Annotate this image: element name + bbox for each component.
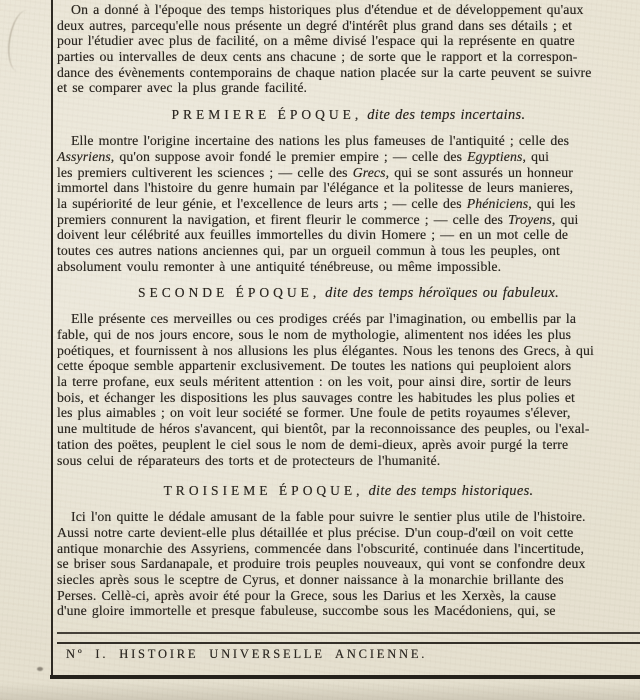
caption-rule-top-outer bbox=[57, 632, 640, 634]
epoch-heading: PREMIERE ÉPOQUE, dite des temps incertai… bbox=[57, 105, 640, 125]
text-segment: pour l'étudier avec plus de facilité, on… bbox=[57, 33, 575, 48]
text-segment: , qui bbox=[552, 212, 579, 227]
epoch-heading: TROISIEME ÉPOQUE, dite des temps histori… bbox=[57, 481, 640, 501]
text-segment: la terre profane, eux seuls méritent att… bbox=[57, 374, 571, 389]
text-line: pour l'étudier avec plus de facilité, on… bbox=[57, 33, 640, 49]
body-paragraph: On a donné à l'époque des temps historiq… bbox=[57, 2, 640, 96]
text-line: Assyriens, qu'on suppose avoir fondé le … bbox=[57, 149, 640, 165]
text-segment: cette époque semble appartenir exclusive… bbox=[57, 358, 571, 373]
heading-subtitle: dite des temps incertains. bbox=[362, 107, 525, 123]
text-line: tation des poëtes, peuplent le ciel sous… bbox=[57, 437, 640, 453]
text-segment: tation des poëtes, peuplent le ciel sous… bbox=[57, 437, 568, 452]
text-segment: doivent leur célébrité aux feuilles immo… bbox=[57, 227, 568, 242]
text-line: poétiques, et fournissent à nos allusion… bbox=[57, 343, 640, 359]
heading-epoch-name: SECONDE ÉPOQUE, bbox=[138, 285, 320, 300]
text-segment: sous celui de réparateurs des torts et d… bbox=[57, 453, 440, 468]
heading-epoch-name: PREMIERE ÉPOQUE, bbox=[172, 107, 363, 122]
heading-subtitle: dite des temps héroïques ou fabuleux. bbox=[320, 285, 559, 301]
text-segment: fable, qui de nos jours encore, sous le … bbox=[57, 327, 571, 342]
text-line: absolument voulu remonter à une antiquit… bbox=[57, 259, 640, 275]
text-segment: et se comparer avec la plus grande facil… bbox=[57, 80, 307, 95]
text-line: sous celui de réparateurs des torts et d… bbox=[57, 453, 640, 469]
page-content: On a donné à l'époque des temps historiq… bbox=[57, 0, 640, 619]
text-line: se briser sous Sardanapale, et produire … bbox=[57, 556, 640, 572]
text-line: cette époque semble appartenir exclusive… bbox=[57, 358, 640, 374]
text-segment: siecles après sous le sceptre de Cyrus, … bbox=[57, 572, 564, 587]
italic-name: Phéniciens bbox=[467, 196, 529, 211]
text-segment: premiers connurent la navigation, et fir… bbox=[57, 212, 508, 227]
text-segment: On a donné à l'époque des temps historiq… bbox=[71, 2, 583, 17]
italic-name: Egyptiens bbox=[467, 149, 522, 164]
text-blocks: On a donné à l'époque des temps historiq… bbox=[57, 2, 640, 619]
text-segment: d'une gloire immortelle et presque fabul… bbox=[57, 603, 556, 618]
body-paragraph: Ici l'on quitte le dédale amusant de la … bbox=[57, 509, 640, 619]
text-line: bois, et échanger les dispositions les p… bbox=[57, 390, 640, 406]
text-segment: immortel dans l'histoire du genre humain… bbox=[57, 180, 573, 195]
text-line: toutes ces autres nations anciennes qui,… bbox=[57, 243, 640, 259]
text-segment: Elle présente ces merveilles ou ces prod… bbox=[71, 311, 576, 326]
text-segment: dance des évènements contemporains de ch… bbox=[57, 65, 591, 80]
text-segment: Ici l'on quitte le dédale amusant de la … bbox=[71, 509, 586, 524]
text-segment: se briser sous Sardanapale, et produire … bbox=[57, 556, 586, 571]
text-line: parties ou intervalles de deux cents ans… bbox=[57, 49, 640, 65]
body-paragraph: Elle montre l'origine incertaine des nat… bbox=[57, 133, 640, 274]
text-line: immortel dans l'histoire du genre humain… bbox=[57, 180, 640, 196]
text-segment: , qui bbox=[522, 149, 549, 164]
text-line: doivent leur célébrité aux feuilles immo… bbox=[57, 227, 640, 243]
text-line: et se comparer avec la plus grande facil… bbox=[57, 80, 640, 96]
ink-spot bbox=[37, 667, 43, 671]
text-segment: poétiques, et fournissent à nos allusion… bbox=[57, 343, 594, 358]
heading-subtitle: dite des temps historiques. bbox=[364, 483, 534, 499]
text-line: antique monarchie des Assyriens, commenc… bbox=[57, 541, 640, 557]
text-segment: Perses. Cellè-ci, après avoir été pour l… bbox=[57, 588, 556, 603]
text-segment: parties ou intervalles de deux cents ans… bbox=[57, 49, 577, 64]
text-segment: , qui les bbox=[528, 196, 575, 211]
text-segment: les plus aimables ; on voit leur société… bbox=[57, 405, 571, 420]
caption-rule-bottom bbox=[50, 675, 640, 679]
text-line: la terre profane, eux seuls méritent att… bbox=[57, 374, 640, 390]
text-line: dance des évènements contemporains de ch… bbox=[57, 65, 640, 81]
text-line: une multitude de héros s'avancent, qui b… bbox=[57, 421, 640, 437]
text-line: Elle montre l'origine incertaine des nat… bbox=[57, 133, 640, 149]
plate-caption: Nº I. HISTOIRE UNIVERSELLE ANCIENNE. bbox=[66, 647, 427, 662]
text-segment: Elle montre l'origine incertaine des nat… bbox=[71, 133, 569, 148]
paper-crease-mark bbox=[4, 8, 40, 73]
text-line: Ici l'on quitte le dédale amusant de la … bbox=[57, 509, 640, 525]
text-line: On a donné à l'époque des temps historiq… bbox=[57, 2, 640, 18]
text-segment: , qu'on suppose avoir fondé le premier e… bbox=[111, 149, 467, 164]
text-line: les plus aimables ; on voit leur société… bbox=[57, 405, 640, 421]
text-segment: Aussi notre carte devient-elle plus déta… bbox=[57, 525, 573, 540]
text-segment: deux autres, parcequ'elle nous présente … bbox=[57, 18, 572, 33]
text-segment: bois, et échanger les dispositions les p… bbox=[57, 390, 575, 405]
text-segment: une multitude de héros s'avancent, qui b… bbox=[57, 421, 590, 436]
text-segment: la supériorité de leur génie, et l'excel… bbox=[57, 196, 467, 211]
text-line: Elle présente ces merveilles ou ces prod… bbox=[57, 311, 640, 327]
caption-rule-top-inner bbox=[57, 642, 640, 644]
text-line: d'une gloire immortelle et presque fabul… bbox=[57, 603, 640, 619]
text-line: siecles après sous le sceptre de Cyrus, … bbox=[57, 572, 640, 588]
text-line: fable, qui de nos jours encore, sous le … bbox=[57, 327, 640, 343]
italic-name: Assyriens bbox=[57, 149, 111, 164]
epoch-heading: SECONDE ÉPOQUE, dite des temps héroïques… bbox=[57, 283, 640, 303]
text-segment: , qui se sont assurés un honneur bbox=[386, 165, 573, 180]
italic-name: Troyens bbox=[508, 212, 552, 227]
text-line: les premiers cultiverent les sciences ; … bbox=[57, 165, 640, 181]
text-segment: les premiers cultiverent les sciences ; … bbox=[57, 165, 353, 180]
text-line: premiers connurent la navigation, et fir… bbox=[57, 212, 640, 228]
italic-name: Grecs bbox=[353, 165, 386, 180]
text-line: Perses. Cellè-ci, après avoir été pour l… bbox=[57, 588, 640, 604]
scan-shadow bbox=[0, 682, 640, 700]
body-paragraph: Elle présente ces merveilles ou ces prod… bbox=[57, 311, 640, 468]
text-line: deux autres, parcequ'elle nous présente … bbox=[57, 18, 640, 34]
page-border-left bbox=[51, 0, 53, 678]
text-segment: antique monarchie des Assyriens, commenc… bbox=[57, 541, 584, 556]
heading-epoch-name: TROISIEME ÉPOQUE, bbox=[164, 483, 364, 498]
text-line: Aussi notre carte devient-elle plus déta… bbox=[57, 525, 640, 541]
text-segment: absolument voulu remonter à une antiquit… bbox=[57, 259, 501, 274]
text-segment: toutes ces autres nations anciennes qui,… bbox=[57, 243, 560, 258]
text-line: la supériorité de leur génie, et l'excel… bbox=[57, 196, 640, 212]
